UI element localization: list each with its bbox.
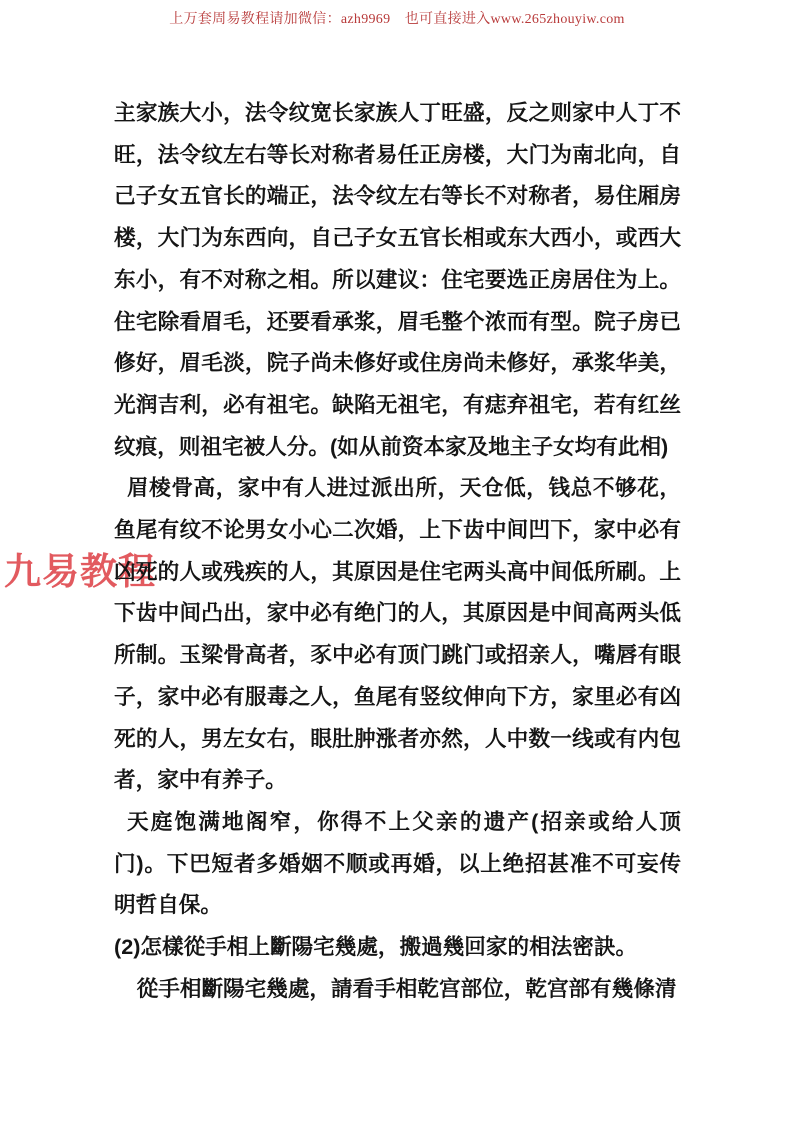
page-header-promo-text: 上万套周易教程请加微信：azh9969 也可直接进入www.265zhouyiw…: [0, 8, 794, 28]
document-page: 上万套周易教程请加微信：azh9969 也可直接进入www.265zhouyiw…: [0, 0, 794, 1123]
paragraph-forehead-chin: 天庭饱满地阁窄，你得不上父亲的遗产(招亲或给人顶门)。下巴短者多婚姻不顺或再婚，…: [114, 801, 681, 926]
paragraph-brow-bone: 眉棱骨高，家中有人进过派出所，天仓低，钱总不够花，鱼尾有纹不论男女小心二次婚，上…: [114, 467, 681, 801]
paragraph-palm-reading: 從手相斷陽宅幾處，請看手相乾宫部位，乾宫部有幾條清: [114, 968, 681, 1010]
paragraph-face-reading-house: 主家族大小，法令纹宽长家族人丁旺盛，反之则家中人丁不旺，法令纹左右等长对称者易任…: [114, 92, 681, 467]
document-body: 主家族大小，法令纹宽长家族人丁旺盛，反之则家中人丁不旺，法令纹左右等长对称者易任…: [114, 92, 681, 1009]
paragraph-section-heading-2: (2)怎樣從手相上斷陽宅幾處，搬過幾回家的相法密訣。: [114, 926, 681, 968]
